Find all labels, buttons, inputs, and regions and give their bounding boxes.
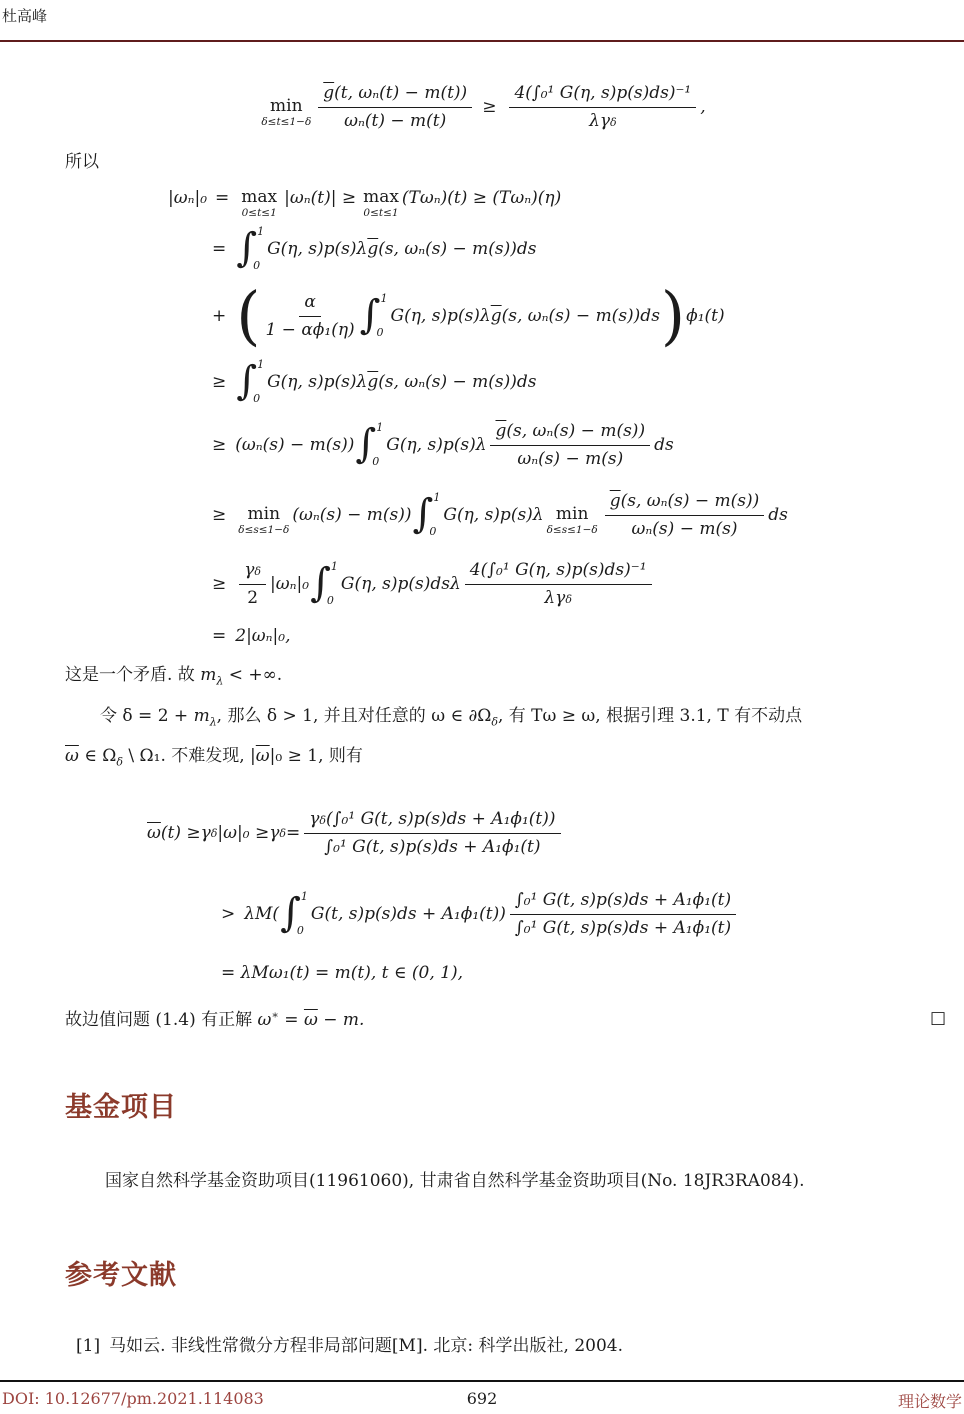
lambda-gamma: λγ <box>589 110 610 132</box>
equals-sign: = <box>286 823 300 843</box>
omega-bar: ω <box>256 746 270 766</box>
integral-0-1: ∫ 10 <box>310 560 338 608</box>
derivation-line-j: > λM( ∫ 10 G(t, s)p(s)ds + A₁ϕ₁(t)) ∫₀¹ … <box>221 873 740 955</box>
ds: ds <box>768 505 788 525</box>
integral-0-1: ∫ 10 <box>236 358 264 406</box>
text: |₀ ≥ 1, 则有 <box>270 746 363 766</box>
fraction-G-ratio: ∫₀¹ G(t, s)p(s)ds + A₁ϕ₁(t) ∫₀¹ G(t, s)p… <box>510 889 736 938</box>
min-limits: δ≤t≤1−δ <box>261 117 311 128</box>
footer-rule <box>0 1380 964 1382</box>
reference-item: [1] 马如云. 非线性常微分方程非局部问题[M]. 北京: 科学出版社, 20… <box>76 1331 934 1356</box>
integral-0-1: ∫ 10 <box>280 890 308 938</box>
lower-limit: 0 <box>429 526 436 539</box>
delta-sub: δ <box>211 827 218 840</box>
paragraph-line-1: 令 δ = 2 + mλ, 那么 δ > 1, 并且对任意的 ω ∈ ∂Ωδ, … <box>100 701 954 728</box>
integrand-rest: (s, ωₙ(s) − m(s))ds <box>378 239 536 259</box>
upper-limit: 1 <box>301 890 308 902</box>
segment: (t) ≥ <box>161 823 201 843</box>
delta-sub: δ <box>254 565 261 579</box>
integral-0-1: ∫ 10 <box>360 292 388 340</box>
derivation-line-k: = λMω₁(t) = m(t), t ∈ (0, 1), <box>221 955 740 991</box>
plus-sign: + <box>212 306 226 326</box>
text: ∈ Ω <box>79 746 117 766</box>
gbar: g <box>367 239 378 259</box>
qed-box: □ <box>930 1008 946 1028</box>
max-limits: 0≤t≤1 <box>242 208 277 219</box>
delta-sub: δ <box>491 715 498 728</box>
result: = λMω₁(t) = m(t), t ∈ (0, 1), <box>221 963 463 983</box>
denominator: ωₙ(t) − m(t) <box>344 110 446 132</box>
min-operator: min δ≤s≤1−δ <box>238 506 289 536</box>
min-word: min <box>248 506 281 523</box>
conclusion-text: 故边值问题 (1.4) 有正解 ω∗ = ω − m. <box>65 1005 364 1030</box>
integral-0-1: ∫ 10 <box>413 491 441 539</box>
integral-0-1: ∫ 10 <box>355 421 383 469</box>
derivation-line-b: = ∫ 10 G(η, s)p(s)λg(s, ωₙ(s) − m(s))ds <box>212 218 788 280</box>
lambda-sub: λ <box>210 715 217 728</box>
footer-doi: DOI: 10.12677/pm.2021.114083 <box>2 1389 264 1408</box>
lower-limit: 0 <box>327 595 334 608</box>
delta-sub: δ <box>319 814 326 828</box>
fraction-green-bound: 4(∫₀¹ G(η, s)p(s)ds)⁻¹ λγδ <box>465 559 652 608</box>
numerator-rest: (∫₀¹ G(t, s)p(s)ds + A₁ϕ₁(t)) <box>326 808 555 830</box>
header-rule <box>0 40 964 42</box>
greater-sign: > <box>221 904 235 924</box>
m-var: m <box>200 665 216 685</box>
gamma: γ <box>309 808 319 830</box>
delta-sub: δ <box>279 827 286 840</box>
upper-limit: 1 <box>257 358 264 370</box>
lambda-gamma: λγ <box>544 587 565 609</box>
result: 2|ωₙ|₀, <box>235 626 290 646</box>
integrand: G(η, s)p(s)dsλ <box>341 574 461 594</box>
numerator: 4(∫₀¹ G(η, s)p(s)ds)⁻¹ <box>514 82 691 104</box>
delta-sub: δ <box>565 593 572 607</box>
text: = <box>279 1010 304 1030</box>
m-var: m <box>194 706 210 726</box>
text: , 有 Tω ≥ ω, 根据引理 3.1, T 有不动点 <box>498 706 802 726</box>
gbar: g <box>323 82 334 104</box>
numerator-rest: (s, ωₙ(s) − m(s)) <box>506 420 645 442</box>
numerator: ∫₀¹ G(t, s)p(s)ds + A₁ϕ₁(t) <box>515 889 731 911</box>
denominator: 1 − αϕ₁(η) <box>265 319 354 341</box>
fraction-gamma-ratio: γδ(∫₀¹ G(t, s)p(s)ds + A₁ϕ₁(t)) ∫₀¹ G(t,… <box>304 808 560 857</box>
ds: ds <box>654 435 674 455</box>
conclusion-line: 故边值问题 (1.4) 有正解 ω∗ = ω − m. □ <box>65 1005 946 1030</box>
denominator: ∫₀¹ G(t, s)p(s)ds + A₁ϕ₁(t) <box>324 836 540 858</box>
factor: (ωₙ(s) − m(s)) <box>292 505 411 525</box>
upper-limit: 1 <box>433 491 440 503</box>
upper-limit: 1 <box>331 560 338 572</box>
derivation-line-c: + ( α 1 − αϕ₁(η) ∫ 10 G(η, s)p(s)λg(s, ω… <box>212 280 788 352</box>
gbar: g <box>495 420 506 442</box>
derivation-line-d: ≥ ∫ 10 G(η, s)p(s)λg(s, ωₙ(s) − m(s))ds <box>212 352 788 412</box>
lower-limit: 0 <box>372 456 379 469</box>
max-operator: max 0≤t≤1 <box>363 189 399 219</box>
equals-sign: = <box>215 188 229 208</box>
section-heading-references: 参考文献 <box>65 1253 177 1292</box>
integrand: G(η, s)p(s)λ <box>267 372 367 392</box>
text: − m. <box>318 1010 365 1030</box>
segment: (Tωₙ)(t) ≥ (Tωₙ)(η) <box>402 188 561 208</box>
fraction-gbar-ratio: g(s, ωₙ(s) − m(s)) ωₙ(s) − m(s) <box>605 490 765 539</box>
numerator-rest: (s, ωₙ(s) − m(s)) <box>621 490 760 512</box>
min-operator: min δ≤s≤1−δ <box>547 506 598 536</box>
derivation-line-f: ≥ min δ≤s≤1−δ (ωₙ(s) − m(s)) ∫ 10 G(η, s… <box>212 478 788 552</box>
fraction-gamma-half: γδ 2 <box>239 559 266 608</box>
text: \ Ω₁. 不难发现, | <box>123 746 256 766</box>
omega: ω <box>258 1010 272 1030</box>
text: 令 δ = 2 + <box>100 706 194 726</box>
gamma: γ <box>269 823 279 843</box>
lower-limit: 0 <box>297 925 304 938</box>
min-word: min <box>556 506 589 523</box>
omega-bar: ω <box>65 746 79 766</box>
star-sup: ∗ <box>271 1008 278 1021</box>
derivation-line-g: ≥ γδ 2 |ωₙ|₀ ∫ 10 G(η, s)p(s)dsλ 4(∫₀¹ G… <box>212 552 788 616</box>
two: 2 <box>247 587 258 609</box>
denominator: ωₙ(s) − m(s) <box>632 518 738 540</box>
fraction-green-bound: 4(∫₀¹ G(η, s)p(s)ds)⁻¹ λγδ <box>509 82 696 131</box>
numerator-rest: (t, ωₙ(t) − m(t)) <box>334 82 467 104</box>
denominator: ωₙ(s) − m(s) <box>517 448 623 470</box>
min-word: min <box>270 98 303 115</box>
geq-sign: ≥ <box>482 97 496 117</box>
derivation-line-e: ≥ (ωₙ(s) − m(s)) ∫ 10 G(η, s)p(s)λ g(s, … <box>212 412 788 478</box>
paragraph-line-2: ω ∈ Ωδ \ Ω₁. 不难发现, |ω|₀ ≥ 1, 则有 <box>65 741 954 768</box>
omega-norm: |ωₙ|₀ <box>168 188 207 208</box>
derivation-line-h: = 2|ωₙ|₀, <box>212 616 788 656</box>
gbar: g <box>491 306 502 326</box>
derivation-line-a: |ωₙ|₀ = max 0≤t≤1 |ωₙ(t)| ≥ max 0≤t≤1 (T… <box>168 178 788 218</box>
integrand: G(η, s)p(s)λ <box>386 435 486 455</box>
running-author: 杜高峰 <box>2 5 47 26</box>
text-contradiction: 这是一个矛盾. 故 mλ < +∞. <box>65 660 282 687</box>
max-limits: 0≤t≤1 <box>363 208 398 219</box>
min-limits: δ≤s≤1−δ <box>238 525 289 536</box>
factor: (ωₙ(s) − m(s)) <box>235 435 354 455</box>
fraction-gbar-over-omega: g(t, ωₙ(t) − m(t)) ωₙ(t) − m(t) <box>318 82 472 131</box>
omega-norm: |ωₙ|₀ <box>270 574 309 594</box>
section-heading-funding: 基金项目 <box>65 1085 177 1124</box>
text: < +∞. <box>223 665 282 685</box>
gamma: γ <box>244 559 254 581</box>
reference-number: [1] <box>76 1336 100 1356</box>
segment: |ωₙ(t)| ≥ <box>284 188 356 208</box>
geq-sign: ≥ <box>212 505 226 525</box>
omega-bar: ω <box>147 823 161 843</box>
phi1-t: ϕ₁(t) <box>686 306 725 326</box>
derivation-block-1: |ωₙ|₀ = max 0≤t≤1 |ωₙ(t)| ≥ max 0≤t≤1 (T… <box>168 178 788 656</box>
fraction-gbar-ratio: g(s, ωₙ(s) − m(s)) ωₙ(s) − m(s) <box>490 420 650 469</box>
derivation-block-2: ω(t) ≥ γδ|ω|₀ ≥ γδ = γδ(∫₀¹ G(t, s)p(s)d… <box>147 793 740 991</box>
lower-limit: 0 <box>253 260 260 273</box>
fraction-alpha: α 1 − αϕ₁(η) <box>265 291 354 340</box>
min-limits: δ≤s≤1−δ <box>547 525 598 536</box>
integrand-rest: (s, ωₙ(s) − m(s))ds <box>378 372 536 392</box>
gamma: γ <box>201 823 211 843</box>
upper-limit: 1 <box>381 292 388 304</box>
omega-bar: ω <box>304 1010 318 1030</box>
derivation-line-i: ω(t) ≥ γδ|ω|₀ ≥ γδ = γδ(∫₀¹ G(t, s)p(s)d… <box>147 793 740 873</box>
gbar: g <box>610 490 621 512</box>
text: 这是一个矛盾. 故 <box>65 665 200 685</box>
equals-sign: = <box>212 626 226 646</box>
equals-sign: = <box>212 239 226 259</box>
geq-sign: ≥ <box>212 574 226 594</box>
alpha: α <box>304 291 315 313</box>
max-word: max <box>363 189 399 206</box>
text-suoyi: 所以 <box>65 147 99 172</box>
text: 故边值问题 (1.4) 有正解 <box>65 1010 258 1030</box>
delta-sub: δ <box>610 116 617 130</box>
integrand: G(η, s)p(s)λ <box>267 239 367 259</box>
denominator: ∫₀¹ G(t, s)p(s)ds + A₁ϕ₁(t) <box>515 917 731 939</box>
geq-sign: ≥ <box>212 372 226 392</box>
integral-0-1: ∫ 10 <box>236 225 264 273</box>
equation-min-lower-bound: min δ≤t≤1−δ g(t, ωₙ(t) − m(t)) ωₙ(t) − m… <box>0 70 964 144</box>
lower-limit: 0 <box>377 327 384 340</box>
segment: |ω|₀ ≥ <box>217 823 269 843</box>
integrand: G(η, s)p(s)λ <box>391 306 491 326</box>
reference-text: 马如云. 非线性常微分方程非局部问题[M]. 北京: 科学出版社, 2004. <box>109 1331 623 1356</box>
paper-page: { "header": { "author": "杜高峰" }, "int": … <box>0 0 964 1414</box>
max-operator: max 0≤t≤1 <box>241 189 277 219</box>
integrand: G(t, s)p(s)ds + A₁ϕ₁(t)) <box>311 904 506 924</box>
lambda-M: λM( <box>244 904 279 924</box>
comma: , <box>700 97 705 117</box>
footer-journal-name: 理论数学 <box>898 1389 962 1412</box>
upper-limit: 1 <box>376 421 383 433</box>
gbar: g <box>367 372 378 392</box>
funding-text: 国家自然科学基金资助项目(11961060), 甘肃省自然科学基金资助项目(No… <box>105 1166 934 1191</box>
integrand-rest: (s, ωₙ(s) − m(s))ds <box>502 306 660 326</box>
geq-sign: ≥ <box>212 435 226 455</box>
integrand: G(η, s)p(s)λ <box>443 505 543 525</box>
numerator: 4(∫₀¹ G(η, s)p(s)ds)⁻¹ <box>470 559 647 581</box>
text: , 那么 δ > 1, 并且对任意的 ω ∈ ∂Ω <box>217 706 492 726</box>
delta-sub: δ <box>116 755 123 768</box>
max-word: max <box>241 189 277 206</box>
min-operator: min δ≤t≤1−δ <box>261 98 311 128</box>
upper-limit: 1 <box>257 225 264 237</box>
lower-limit: 0 <box>253 393 260 406</box>
